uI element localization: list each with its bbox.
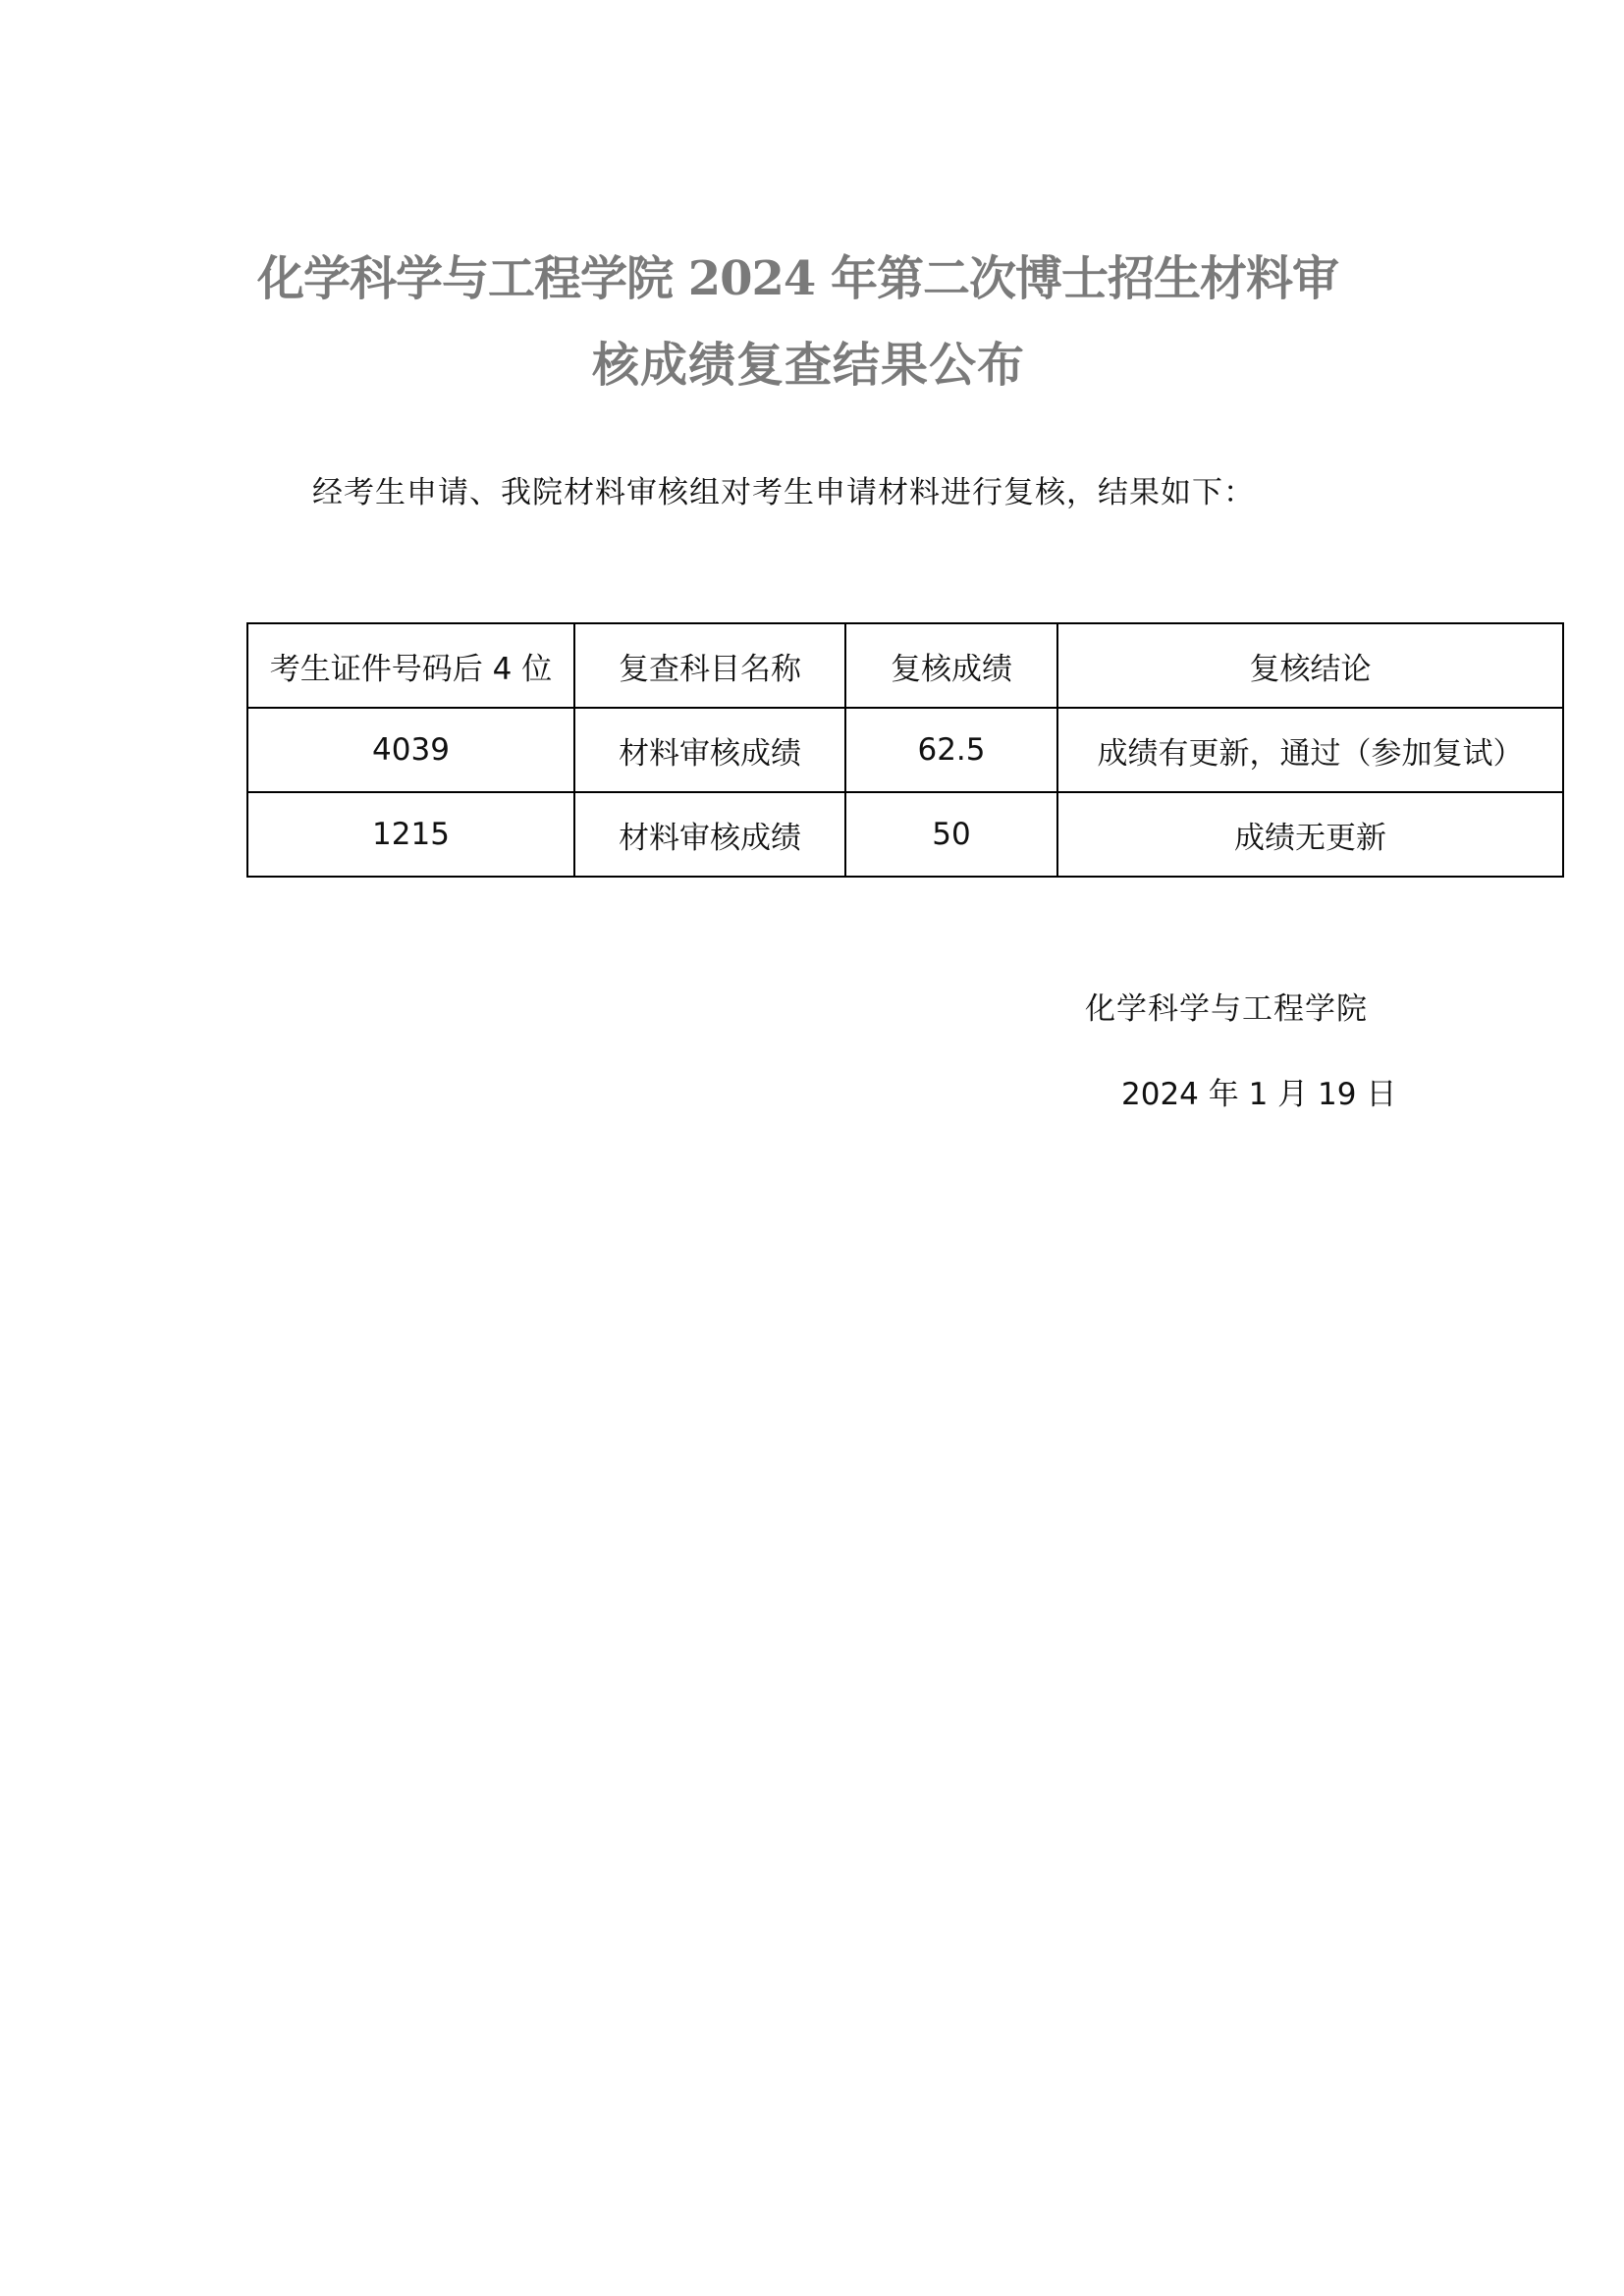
cell-subject-name: 材料审核成绩 xyxy=(574,792,845,877)
header-subject-name: 复查科目名称 xyxy=(574,623,845,708)
review-results-table: 考生证件号码后 4 位 复查科目名称 复核成绩 复核结论 4039 材料审核成绩… xyxy=(246,622,1564,878)
document-title-line-1: 化学科学与工程学院 2024 年第二次博士招生材料审 xyxy=(257,251,1338,306)
table-header-row: 考生证件号码后 4 位 复查科目名称 复核成绩 复核结论 xyxy=(247,623,1563,708)
header-id-last-4: 考生证件号码后 4 位 xyxy=(247,623,574,708)
signature-date: 2024 年 1 月 19 日 xyxy=(1121,1075,1396,1114)
cell-review-score: 50 xyxy=(845,792,1057,877)
cell-id-last-4: 1215 xyxy=(247,792,574,877)
intro-paragraph: 经考生申请、我院材料审核组对考生申请材料进行复核，结果如下： xyxy=(312,473,1255,512)
table-row: 4039 材料审核成绩 62.5 成绩有更新，通过（参加复试） xyxy=(247,708,1563,792)
cell-review-conclusion: 成绩有更新，通过（参加复试） xyxy=(1057,708,1563,792)
document-page: 化学科学与工程学院 2024 年第二次博士招生材料审 核成绩复查结果公布 经考生… xyxy=(0,0,1624,2296)
document-title-line-2: 核成绩复查结果公布 xyxy=(592,338,1025,393)
cell-review-conclusion: 成绩无更新 xyxy=(1057,792,1563,877)
signature-school: 化学科学与工程学院 xyxy=(1085,989,1368,1029)
table-row: 1215 材料审核成绩 50 成绩无更新 xyxy=(247,792,1563,877)
cell-review-score: 62.5 xyxy=(845,708,1057,792)
header-review-score: 复核成绩 xyxy=(845,623,1057,708)
header-review-conclusion: 复核结论 xyxy=(1057,623,1563,708)
cell-id-last-4: 4039 xyxy=(247,708,574,792)
cell-subject-name: 材料审核成绩 xyxy=(574,708,845,792)
